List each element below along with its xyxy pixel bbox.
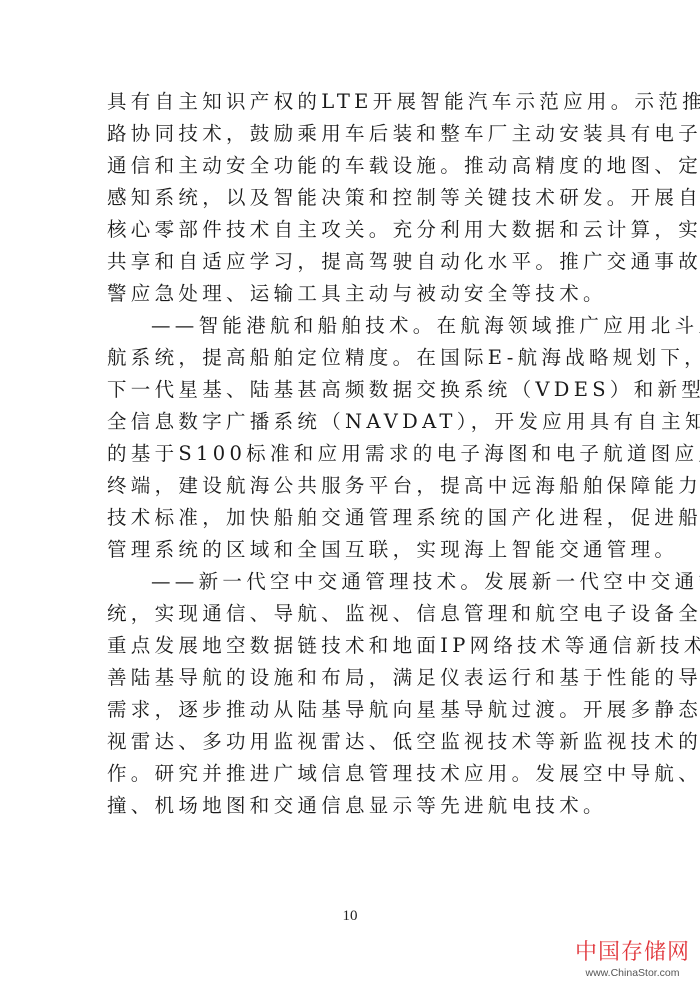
text-line: 终端，建设航海公共服务平台，提高中远海船舶保障能力。出台 <box>107 470 597 502</box>
text-line: 管理系统的区域和全国互联，实现海上智能交通管理。 <box>107 534 597 566</box>
text-line: 路协同技术，鼓励乘用车后装和整车厂主动安装具有电子标识、 <box>107 118 597 150</box>
text-line: 重点发展地空数据链技术和地面IP网络技术等通信新技术。完 <box>107 630 597 662</box>
text-line: 技术标准，加快船舶交通管理系统的国产化进程，促进船舶交通 <box>107 502 597 534</box>
page-number: 10 <box>0 908 700 925</box>
text-line: 作。研究并推进广域信息管理技术应用。发展空中导航、空中防 <box>107 758 597 790</box>
text-line: 具有自主知识产权的LTE开展智能汽车示范应用。示范推广车 <box>107 86 597 118</box>
text-line: 善陆基导航的设施和布局，满足仪表运行和基于性能的导航运行 <box>107 662 597 694</box>
text-line: 全信息数字广播系统（NAVDAT），开发应用具有自主知识产权 <box>107 406 597 438</box>
text-line: 视雷达、多功用监视雷达、低空监视技术等新监视技术的研究工 <box>107 726 597 758</box>
text-line: 下一代星基、陆基甚高频数据交换系统（VDES）和新型海上安 <box>107 374 597 406</box>
text-line: 需求，逐步推动从陆基导航向星基导航过渡。开展多静态一次监 <box>107 694 597 726</box>
text-line: 警应急处理、运输工具主动与被动安全等技术。 <box>107 278 597 310</box>
text-line: 撞、机场地图和交通信息显示等先进航电技术。 <box>107 790 597 822</box>
text-line: 通信和主动安全功能的车载设施。推动高精度的地图、定位导航、 <box>107 150 597 182</box>
watermark-logo: 中国存储网 www.ChinaStor.com <box>570 940 695 980</box>
paragraph-heading-line: ——智能港航和船舶技术。在航海领域推广应用北斗卫星导 <box>107 310 597 342</box>
body-text: 具有自主知识产权的LTE开展智能汽车示范应用。示范推广车路协同技术，鼓励乘用车后… <box>107 86 597 822</box>
text-line: 感知系统，以及智能决策和控制等关键技术研发。开展自动驾驶 <box>107 182 597 214</box>
text-line: 核心零部件技术自主攻关。充分利用大数据和云计算，实现智能 <box>107 214 597 246</box>
text-line: 航系统，提高船舶定位精度。在国际E-航海战略规划下，研发 <box>107 342 597 374</box>
text-line: 的基于S100标准和应用需求的电子海图和电子航道图应用船载 <box>107 438 597 470</box>
text-line: 共享和自适应学习，提高驾驶自动化水平。推广交通事故预防预 <box>107 246 597 278</box>
document-page: 具有自主知识产权的LTE开展智能汽车示范应用。示范推广车路协同技术，鼓励乘用车后… <box>0 0 700 989</box>
watermark-name: 中国存储网 <box>570 940 695 966</box>
watermark-url: www.ChinaStor.com <box>570 966 695 980</box>
text-line: 统，实现通信、导航、监视、信息管理和航空电子设备全面演进。 <box>107 598 597 630</box>
paragraph-heading-line: ——新一代空中交通管理技术。发展新一代空中交通管理系 <box>107 566 597 598</box>
